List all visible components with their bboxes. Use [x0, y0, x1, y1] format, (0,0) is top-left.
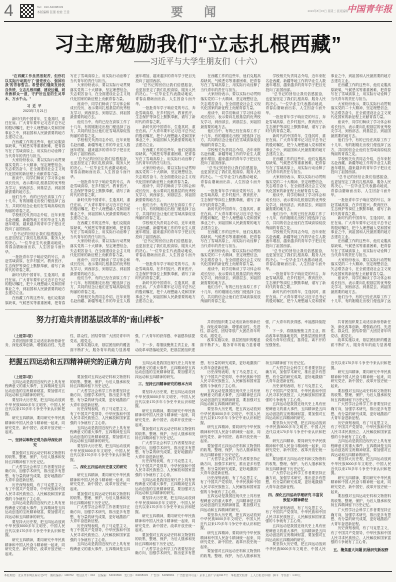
body-paragraph: 他们当中，有的已经在高原工作了十几年，有的刚刚走出校门便选择了远方，共同的信念让… [70, 276, 130, 294]
body-paragraph: 大家纷纷表示，要以实际行动贯彻落实党的二十大精神，坚定理想信念，矢志艰苦奋斗，在… [70, 83, 130, 101]
body-paragraph: 要加强对五四运动史料和文物资料的收集、整理、保护，为后人继承和发扬五四精神留下历… [200, 444, 260, 458]
body-paragraph: “总书记的回信让我们倍感振奋，也更加坚定了我们扎根高原、服务人民的决心。”一位毕… [331, 175, 391, 198]
section-heading: 三、坚持五四精神研究的根本方向 [137, 382, 193, 387]
body-paragraph: 要加强对五四运动史料和文物资料的收集、整理、保护，为后人继承和发扬五四精神留下历… [331, 389, 391, 403]
body-paragraph: 广大哲学社会科学工作者要坚持正确方向，加强学术研究，推出更多有思想、有分量的研究… [266, 471, 326, 489]
main-headline: 习主席勉励我们“立志扎根西藏” [0, 28, 396, 57]
body-paragraph: 座谈中，同学们畅谈了学习体会和成长经历，表示要向扎根基层的优秀校友学习，到西部去… [331, 276, 391, 294]
section-heading: 四、深化五四运动学理研究 丰富民族复兴精神路径 [268, 493, 324, 503]
body-paragraph: 研究五四精神，要同研究中华民族精神和中国人民奋斗精神统一起来，同研究党史、新中国… [200, 425, 260, 443]
body-paragraph: 一批批青年学子响应党的号召，奔赴雪域高原，在乡村振兴、教育医疗、生态保护等岗位上… [135, 262, 195, 280]
article3-body-left: （上接第1版） 五四运动是我国近现代史上具有里程碑意义的重大事件，五四精神是五四… [5, 375, 130, 560]
body-paragraph: 要加强对五四运动史料和文物资料的收集、整理、保护，为后人继承和发扬五四精神留下历… [135, 533, 195, 547]
section-heading: 一、坚持以唯物史观为指导深化研究 [7, 438, 63, 448]
body-paragraph: 学校相关负责同志介绍，近年来报名赴西藏、新疆等地工作的毕业生人数逐年增加，越来越… [331, 157, 391, 175]
body-paragraph: 座谈中，同学们畅谈了学习体会和成长经历，表示要向扎根基层的优秀校友学习，到西部去… [200, 111, 260, 129]
body-paragraph: 座谈中，同学们畅谈了学习体会和成长经历，表示要向扎根基层的优秀校友学习，到西部去… [331, 120, 391, 138]
body-paragraph: 新时代的中国青年，生逢其时，重任在肩。广大青年要牢记习近平总书记的殷切嘱托，把个… [266, 134, 326, 157]
body-paragraph: 广大哲学社会科学工作者要坚持正确方向，加强学术研究，推出更多有思想、有分量的研究… [266, 366, 326, 384]
body-paragraph: 广大哲学社会科学工作者要坚持正确方向，加强学术研究，推出更多有思想、有分量的研究… [200, 457, 260, 475]
body-paragraph: 要坚持大历史观，把五四运动放到中华民族5000多年文明史、中国人民近代以来170… [266, 421, 326, 439]
body-paragraph: 一批批青年学子响应党的号召，奔赴雪域高原，在乡村振兴、教育医疗、生态保护等岗位上… [200, 189, 260, 207]
body-paragraph: 学校相关负责同志介绍，近年来报名赴西藏、新疆等地工作的毕业生人数逐年增加，越来越… [200, 148, 260, 166]
signature-date: 2023年7月21日 [5, 109, 65, 114]
article2-body-left: （上接第1版） 共青团组织要主动适应新形势新任务，深化改革创新，增强政治性、先进… [5, 334, 195, 353]
body-paragraph: 共青团组织要主动适应新形势新任务，深化改革创新，增强政治性、先进性、群众性，团结… [200, 320, 260, 338]
divider-rule-2 [5, 355, 391, 356]
body-paragraph: 历史深刻表明，有了马克思主义，有了中国共产党领导，中华民族和中国人民寻求民族独立… [70, 407, 130, 425]
body-paragraph: 要加强对五四运动史料和文物资料的收集、整理、保护，为后人继承和发扬五四精神留下历… [135, 427, 195, 441]
section-heading: 二、深化五四运动历史意义的研究 [72, 465, 128, 470]
body-paragraph: 历史深刻表明，有了马克思主义，有了中国共产党领导，中华民族和中国人民寻求民族独立… [331, 421, 391, 439]
body-paragraph: 研究五四精神，要同研究中华民族精神和中国人民奋斗精神统一起来，同研究党史、新中国… [266, 439, 326, 457]
body-paragraph: 大家纷纷表示，要以实际行动贯彻落实党的二十大精神，坚定理想信念，矢志艰苦奋斗，在… [331, 102, 391, 120]
masthead-logo: 中国青年报 [347, 2, 392, 15]
body-paragraph: 新时代的中国青年，生逢其时，重任在肩。广大青年要牢记习近平总书记的殷切嘱托，把个… [135, 125, 195, 148]
body-paragraph: 一批批青年学子响应党的号召，奔赴雪域高原，在乡村振兴、教育医疗、生态保护等岗位上… [266, 272, 326, 290]
body-paragraph: 一批批青年学子响应党的号召，奔赴雪域高原，在乡村振兴、教育医疗、生态保护等岗位上… [5, 255, 65, 273]
body-paragraph: 五四运动是我国近现代史上具有里程碑意义的重大事件，五四精神是五四运动创造的宝贵精… [266, 402, 326, 420]
header-rule [4, 21, 392, 22]
body-paragraph: 在西藏工作的这些年，他们克服高原缺氧、气候恶劣等重重困难，把青春写在了雪域高原上… [200, 74, 260, 92]
body-paragraph: 广大哲学社会科学工作者要坚持正确方向，加强学术研究，推出更多有思想、有分量的研究… [331, 508, 391, 526]
body-paragraph: 历史深刻表明，有了马克思主义，有了中国共产党领导，中华民族和中国人民寻求民族独立… [266, 506, 326, 524]
body-paragraph: 五四运动是我国近现代史上具有里程碑意义的重大事件，五四精神是五四运动创造的宝贵精… [70, 426, 130, 444]
letter-signature: 习近平 2023年7月21日 [5, 104, 65, 114]
body-paragraph: 要加强对五四运动史料和文物资料的收集、整理、保护，为后人继承和发扬五四精神留下历… [331, 494, 391, 508]
body-paragraph: 学校相关负责同志介绍，近年来报名赴西藏、新疆等地工作的毕业生人数逐年增加，越来越… [5, 213, 65, 231]
body-paragraph: 大家纷纷表示，要以实际行动贯彻落实党的二十大精神，坚定理想信念，矢志艰苦奋斗，在… [200, 249, 260, 267]
body-paragraph: 一批批青年学子响应党的号召，奔赴雪域高原，在乡村振兴、教育医疗、生态保护等岗位上… [70, 180, 130, 198]
body-paragraph: 新时代的中国青年，生逢其时，重任在肩。广大青年要牢记习近平总书记的殷切嘱托，把个… [5, 273, 65, 296]
body-paragraph: 要加强对五四运动史料和文物资料的收集、整理、保护，为后人继承和发扬五四精神留下历… [70, 375, 130, 389]
body-paragraph: 广大哲学社会科学工作者要坚持正确方向，加强学术研究，推出更多有思想、有分量的研究… [70, 389, 130, 407]
body-paragraph: 他们当中，有的已经在高原工作了十几年，有的刚刚走出校门便选择了远方，共同的信念让… [70, 120, 130, 138]
body-paragraph: 广大哲学社会科学工作者要坚持正确方向，加强学术研究，推出更多有思想、有分量的研究… [331, 402, 391, 420]
body-paragraph: “总书记的回信让我们倍感振奋，也更加坚定了我们扎根高原、服务人民的决心。”一位毕… [266, 249, 326, 272]
body-paragraph: 他们当中，有的已经在高原工作了十几年，有的刚刚走出校门便选择了远方，共同的信念让… [200, 129, 260, 147]
body-paragraph: 要坚持大历史观，把五四运动放到中华民族5000多年文明史、中国人民近代以来170… [331, 457, 391, 475]
body-paragraph: 广大哲学社会科学工作者要坚持正确方向，加强学术研究，推出更多有思想、有分量的研究… [5, 465, 65, 483]
body-paragraph: “总书记的回信让我们倍感振奋，也更加坚定了我们扎根高原、服务人民的决心。”一位毕… [135, 83, 195, 106]
body-paragraph: 研究五四精神，要同研究中华民族精神和中国人民奋斗精神统一起来，同研究党史、新中国… [135, 514, 195, 532]
body-paragraph: 五四运动是我国近现代史上具有里程碑意义的重大事件，五四精神是五四运动创造的宝贵精… [200, 389, 260, 407]
body-paragraph: 在西藏工作的这些年，他们克服高原缺氧、气候恶劣等重重困难，把青春写在了雪域高原上… [331, 239, 391, 257]
body-paragraph: 在西藏工作的这些年，他们克服高原缺氧、气候恶劣等重重困难，把青春写在了雪域高原上… [135, 148, 195, 166]
body-paragraph: 下一步，将继续聚焦主责主业，推动改革举措落地见效，把基层团组织建设成为青年信得过… [265, 329, 325, 347]
body-paragraph: 座谈中，同学们畅谈了学习体会和成长经历，表示要向扎根基层的优秀校友学习，到西部去… [70, 258, 130, 276]
body-paragraph: 要坚持大历史观，把五四运动放到中华民族5000多年文明史、中国人民近代以来170… [5, 520, 65, 538]
newspaper-page: 4 Tel：010-64098333 本版编辑 张蕾 校检 王佳 要 闻 202… [0, 0, 396, 582]
body-paragraph: “总书记的回信让我们倍感振奋，也更加坚定了我们扎根高原、服务人民的决心。”一位毕… [135, 239, 195, 262]
body-paragraph: 要坚持大历史观，把五四运动放到中华民族5000多年文明史、中国人民近代以来170… [70, 444, 130, 462]
body-paragraph: 要加强对五四运动史料和文物资料的收集、整理、保护，为后人继承和发扬五四精神留下历… [70, 492, 130, 506]
body-paragraph: 大家纷纷表示，要以实际行动贯彻落实党的二十大精神，坚定理想信念，矢志艰苦奋斗，在… [331, 258, 391, 276]
body-paragraph: 他们当中，有的已经在高原工作了十几年，有的刚刚走出校门便选择了远方，共同的信念让… [331, 138, 391, 156]
body-paragraph: 历史深刻表明，有了马克思主义，有了中国共产党领导，中华民族和中国人民寻求民族独立… [70, 524, 130, 542]
signature-name: 习近平 [5, 104, 65, 109]
body-paragraph: 一批批青年学子响应党的号召，奔赴雪域高原，在乡村振兴、教育医疗、生态保护等岗位上… [331, 198, 391, 216]
body-paragraph: 座谈中，同学们畅谈了学习体会和成长经历，表示要向扎根基层的优秀校友学习，到西部去… [70, 102, 130, 120]
body-paragraph: 研究五四精神，要同研究中华民族精神和中国人民奋斗精神统一起来，同研究党史、新中国… [5, 538, 65, 556]
body-paragraph: 五四运动是我国近现代史上具有里程碑意义的重大事件，五四精神是五四运动创造的宝贵精… [135, 361, 195, 379]
body-paragraph: 一批批青年学子响应党的号召，奔赴雪域高原，在乡村振兴、教育医疗、生态保护等岗位上… [266, 115, 326, 133]
body-paragraph: 在西藏工作的这些年，他们克服高原缺氧、气候恶劣等重重困难，把青春写在了雪域高原上… [331, 83, 391, 101]
body-paragraph: 新时代的中国青年，生逢其时，重任在肩。广大青年要牢记习近平总书记的殷切嘱托，把个… [70, 198, 130, 221]
body-paragraph: 研究五四精神，要同研究中华民族精神和中国人民奋斗精神统一起来，同研究党史、新中国… [5, 416, 65, 434]
body-paragraph: 新时代的中国青年，生逢其时，重任在肩。广大青年要牢记习近平总书记的殷切嘱托，把个… [331, 216, 391, 239]
body-paragraph: 五四运动是我国近现代史上具有里程碑意义的重大事件，五四精神是五四运动创造的宝贵精… [5, 380, 65, 398]
body-paragraph: 研究五四精神，要同研究中华民族精神和中国人民奋斗精神统一起来，同研究党史、新中国… [135, 409, 195, 427]
body-paragraph: 要坚持大历史观，把五四运动放到中华民族5000多年文明史、中国人民近代以来170… [135, 496, 195, 514]
body-paragraph: 座谈中，同学们畅谈了学习体会和成长经历，表示要向扎根基层的优秀校友学习，到西部去… [200, 267, 260, 285]
body-paragraph: 新时代的中国青年，生逢其时，重任在肩。广大青年要牢记习近平总书记的殷切嘱托，把个… [200, 207, 260, 230]
article2-body-right: 共青团组织要主动适应新形势新任务，深化改革创新，增强政治性、先进性、群众性，团结… [200, 320, 391, 353]
body-paragraph: 新时代的中国青年，生逢其时，重任在肩。广大青年要牢记习近平总书记的殷切嘱托，把个… [135, 281, 195, 304]
body-paragraph: “总书记的回信让我们倍感振奋，也更加坚定了我们扎根高原、服务人民的决心。”一位毕… [5, 232, 65, 255]
body-paragraph: 座谈中，同学们畅谈了学习体会和成长经历，表示要向扎根基层的优秀校友学习，到西部去… [266, 193, 326, 211]
body-paragraph: 学校相关负责同志介绍，近年来报名赴西藏、新疆等地工作的毕业生人数逐年增加，越来越… [266, 74, 326, 92]
main-subtitle: ——习近平与大学生朋友们（十六） [0, 56, 396, 67]
body-paragraph: 学校相关负责同志介绍，近年来报名赴西藏、新疆等地工作的毕业生人数逐年增加，越来越… [135, 221, 195, 239]
body-paragraph: 研究五四精神，要同研究中华民族精神和中国人民奋斗精神统一起来，同研究党史、新中国… [331, 370, 391, 388]
body-paragraph: 要坚持大历史观，把五四运动放到中华民族5000多年文明史、中国人民近代以来170… [200, 513, 260, 531]
body-paragraph: 研究五四精神，要同研究中华民族精神和中国人民奋斗精神统一起来，同研究党史、新中国… [200, 531, 260, 549]
body-paragraph: 研究五四精神，要同研究中华民族精神和中国人民奋斗精神统一起来，同研究党史、新中国… [331, 476, 391, 494]
body-paragraph: 五四运动是我国近现代史上具有里程碑意义的重大事件，五四精神是五四运动创造的宝贵精… [5, 501, 65, 519]
article3-body-right: 五四运动是我国近现代史上具有里程碑意义的重大事件，五四精神是五四运动创造的宝贵精… [135, 361, 391, 560]
body-paragraph: 广大哲学社会科学工作者要坚持正确方向，加强学术研究，推出更多有思想、有分量的研究… [70, 505, 130, 523]
body-paragraph: “总书记的回信让我们倍感振奋，也更加坚定了我们扎根高原、服务人民的决心。”一位毕… [266, 92, 326, 115]
body-paragraph: 大家纷纷表示，要以实际行动贯彻落实党的二十大精神，坚定理想信念，矢志艰苦奋斗，在… [200, 92, 260, 110]
body-paragraph: 要坚持大历史观，把五四运动放到中华民族5000多年文明史、中国人民近代以来170… [135, 390, 195, 408]
article2-headline: 努力打造共青团基层改革的“南山样板” [5, 314, 195, 325]
body-paragraph: 座谈中，同学们畅谈了学习体会和成长经历，表示要向扎根基层的优秀校友学习，到西部去… [135, 184, 195, 202]
footer-rule [4, 571, 392, 572]
footer-info: 本报地址：北京市东城区海运仓2号 邮政编码：100702 电话区号：010 总编… [4, 574, 392, 578]
body-paragraph: 要坚持大历史观，把五四运动放到中华民族5000多年文明史、中国人民近代以来170… [5, 398, 65, 416]
body-paragraph: 大家纷纷表示，要以实际行动贯彻落实党的二十大精神，坚定理想信念，矢志艰苦奋斗，在… [266, 175, 326, 193]
body-paragraph: “总书记的回信让我们倍感振奋，也更加坚定了我们扎根高原、服务人民的决心。”一位毕… [200, 166, 260, 189]
body-paragraph: 座谈中，同学们畅谈了学习体会和成长经历，表示要向扎根基层的优秀校友学习，到西部去… [5, 176, 65, 194]
body-paragraph: 一批批青年学子响应党的号召，奔赴雪域高原，在乡村振兴、教育医疗、生态保护等岗位上… [135, 106, 195, 124]
body-paragraph: 大家纷纷表示，要以实际行动贯彻落实党的二十大精神，坚定理想信念，矢志艰苦奋斗，在… [70, 239, 130, 257]
body-paragraph: 研究五四精神，要同研究中华民族精神和中国人民奋斗精神统一起来，同研究党史、新中国… [70, 473, 130, 491]
body-paragraph: 大家纷纷表示，要以实际行动贯彻落实党的二十大精神，坚定理想信念，矢志艰苦奋斗，在… [5, 158, 65, 176]
body-paragraph: 历史深刻表明，有了马克思主义，有了中国共产党领导，中华民族和中国人民寻求民族独立… [266, 384, 326, 402]
body-paragraph: 历史深刻表明，有了马克思主义，有了中国共产党领导，中华民族和中国人民寻求民族独立… [200, 370, 260, 388]
body-paragraph: 共青团组织要主动适应新形势新任务，深化改革创新，增强政治性、先进性、群众性，团结… [331, 320, 391, 338]
body-paragraph: 他们当中，有的已经在高原工作了十几年，有的刚刚走出校门便选择了远方，共同的信念让… [5, 195, 65, 213]
body-paragraph: 五四运动是我国近现代史上具有里程碑意义的重大事件，五四精神是五四运动创造的宝贵精… [266, 524, 326, 542]
body-paragraph: 要加强对五四运动史料和文物资料的收集、整理、保护，为后人继承和发扬五四精神留下历… [266, 457, 326, 471]
body-paragraph: 历史深刻表明，有了马克思主义，有了中国共产党领导，中华民族和中国人民寻求民族独立… [331, 526, 391, 544]
body-paragraph: “总书记的回信让我们倍感振奋，也更加坚定了我们扎根高原、服务人民的决心。”一位毕… [70, 157, 130, 180]
body-paragraph: 历史深刻表明，有了马克思主义，有了中国共产党领导，中华民族和中国人民寻求民族独立… [200, 476, 260, 494]
body-paragraph: 学校相关负责同志介绍，近年来报名赴西藏、新疆等地工作的毕业生人数逐年增加，越来越… [266, 230, 326, 248]
body-paragraph: 在西藏工作的这些年，他们克服高原缺氧、气候恶劣等重重困难，把青春写在了雪域高原上… [266, 157, 326, 175]
body-paragraph: 学校相关负责同志介绍，近年来报名赴西藏、新疆等地工作的毕业生人数逐年增加，越来越… [70, 138, 130, 156]
main-article-intro: “在西藏工作虽然很艰苦，但你们以实际行动践行了‘请党放心、强国有我’的青春誓言。… [5, 74, 65, 102]
article3-headline: 把握五四运动和五四精神研究的正确方向 [5, 359, 135, 367]
body-paragraph: 五四运动是我国近现代史上具有里程碑意义的重大事件，五四精神是五四运动创造的宝贵精… [331, 439, 391, 457]
body-paragraph: 他们当中，有的已经在高原工作了十几年，有的刚刚走出校门便选择了远方，共同的信念让… [200, 285, 260, 303]
body-paragraph: 新时代的中国青年，生逢其时，重任在肩。广大青年要牢记习近平总书记的殷切嘱托，把个… [5, 117, 65, 140]
body-paragraph: 他们当中，有的已经在高原工作了十几年，有的刚刚走出校门便选择了远方，共同的信念让… [266, 212, 326, 230]
date-line: 2023年8月15日 星期二 值班编辑 [308, 9, 348, 13]
body-paragraph: 广大哲学社会科学工作者要坚持正确方向，加强学术研究，推出更多有思想、有分量的研究… [135, 441, 195, 459]
body-paragraph: 历史深刻表明，有了马克思主义，有了中国共产党领导，中华民族和中国人民寻求民族独立… [135, 459, 195, 477]
body-paragraph: 五四运动是我国近现代史上具有里程碑意义的重大事件，五四精神是五四运动创造的宝贵精… [135, 478, 195, 496]
main-article-body: “在西藏工作虽然很艰苦，但你们以实际行动践行了‘请党放心、强国有我’的青春誓言。… [5, 74, 391, 306]
body-paragraph: 五四运动是我国近现代史上具有里程碑意义的重大事件，五四精神是五四运动创造的宝贵精… [200, 494, 260, 512]
body-paragraph: 在西藏工作的这些年，他们克服高原缺氧、气候恶劣等重重困难，把青春写在了雪域高原上… [70, 221, 130, 239]
body-paragraph: 在西藏工作的这些年，他们克服高原缺氧、气候恶劣等重重困难，把青春写在了雪域高原上… [5, 140, 65, 158]
divider-rule-1 [5, 309, 391, 310]
body-paragraph: 他们当中，有的已经在高原工作了十几年，有的刚刚走出校门便选择了远方，共同的信念让… [135, 203, 195, 221]
body-paragraph: 在西藏工作的这些年，他们克服高原缺氧、气候恶劣等重重困难，把青春写在了雪域高原上… [200, 230, 260, 248]
section-heading: 五、聚焦重大问题 拓展研究新视野 [333, 548, 389, 553]
body-paragraph: 历史深刻表明，有了马克思主义，有了中国共产党领导，中华民族和中国人民寻求民族独立… [5, 483, 65, 501]
body-paragraph: 大家纷纷表示，要以实际行动贯彻落实党的二十大精神，坚定理想信念，矢志艰苦奋斗，在… [135, 166, 195, 184]
body-paragraph: 要坚持大历史观，把五四运动放到中华民族5000多年文明史、中国人民近代以来170… [200, 407, 260, 425]
body-paragraph: 要加强对五四运动史料和文物资料的收集、整理、保护，为后人继承和发扬五四精神留下历… [5, 451, 65, 465]
